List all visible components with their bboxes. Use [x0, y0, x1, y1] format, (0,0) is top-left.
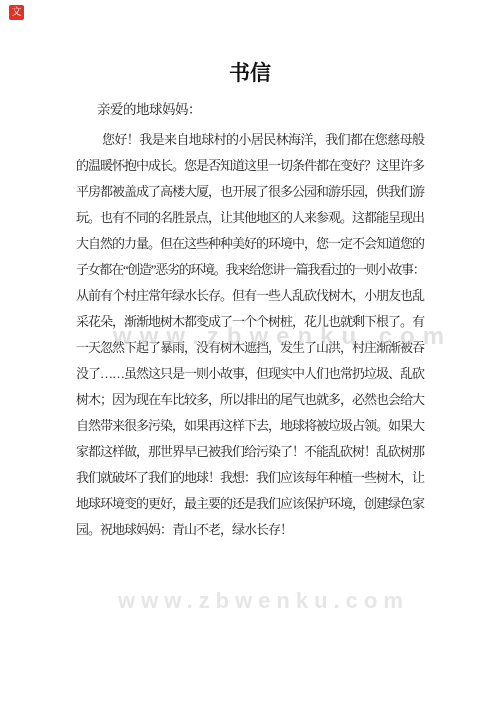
body-line: 的温暖怀抱中成长。您是否知道这里一切条件都在变好？这里许多 — [76, 153, 424, 179]
watermark-text: www.zbwenku.com — [113, 323, 452, 351]
body-line: 树木；因为现在车比较多，所以排出的尾气也就多，必然也会给大 — [76, 387, 424, 413]
body-line: 园。祝地球妈妈：青山不老，绿水长存！ — [76, 517, 424, 543]
letter-salutation: 亲爱的地球妈妈： — [97, 97, 201, 123]
watermark-text: www.zbwenku.com — [118, 588, 409, 614]
body-line: 平房都被盖成了高楼大厦，也开展了很多公园和游乐园，供我们游 — [76, 179, 424, 205]
body-line: 您好！我是来自地球村的小居民林海洋，我们都在您慈母般 — [76, 127, 424, 153]
body-line: 自然带来很多污染，如果再这样下去，地球将被垃圾占领。如果大 — [76, 413, 424, 439]
document-page: 文 书信 亲爱的地球妈妈： 您好！我是来自地球村的小居民林海洋，我们都在您慈母般… — [0, 0, 500, 708]
body-line: 大自然的力量。但在这些种种美好的环境中，您一定不会知道您的 — [76, 231, 424, 257]
body-line: 我们就破坏了我们的地球！我想：我们应该每年种植一些树木，让 — [76, 465, 424, 491]
site-logo-icon: 文 — [9, 5, 24, 20]
body-line: 没了……虽然这只是一则小故事，但现实中人们也常扔垃圾、乱砍 — [76, 361, 424, 387]
body-line: 子女都在“创造”恶劣的环境。我来给您讲一篇我看过的一则小故事： — [76, 257, 424, 283]
body-line: 玩。也有不同的名胜景点，让其他地区的人来参观。这都能呈现出 — [76, 205, 424, 231]
body-line: 从前有个村庄常年绿水长存。但有一些人乱砍伐树木，小朋友也乱 — [76, 283, 424, 309]
page-title: 书信 — [0, 58, 500, 88]
body-line: 家都这样做，那世界早已被我们给污染了！不能乱砍树！乱砍树那 — [76, 439, 424, 465]
body-line: 地球环境变的更好，最主要的还是我们应该保护环境，创建绿色家 — [76, 491, 424, 517]
